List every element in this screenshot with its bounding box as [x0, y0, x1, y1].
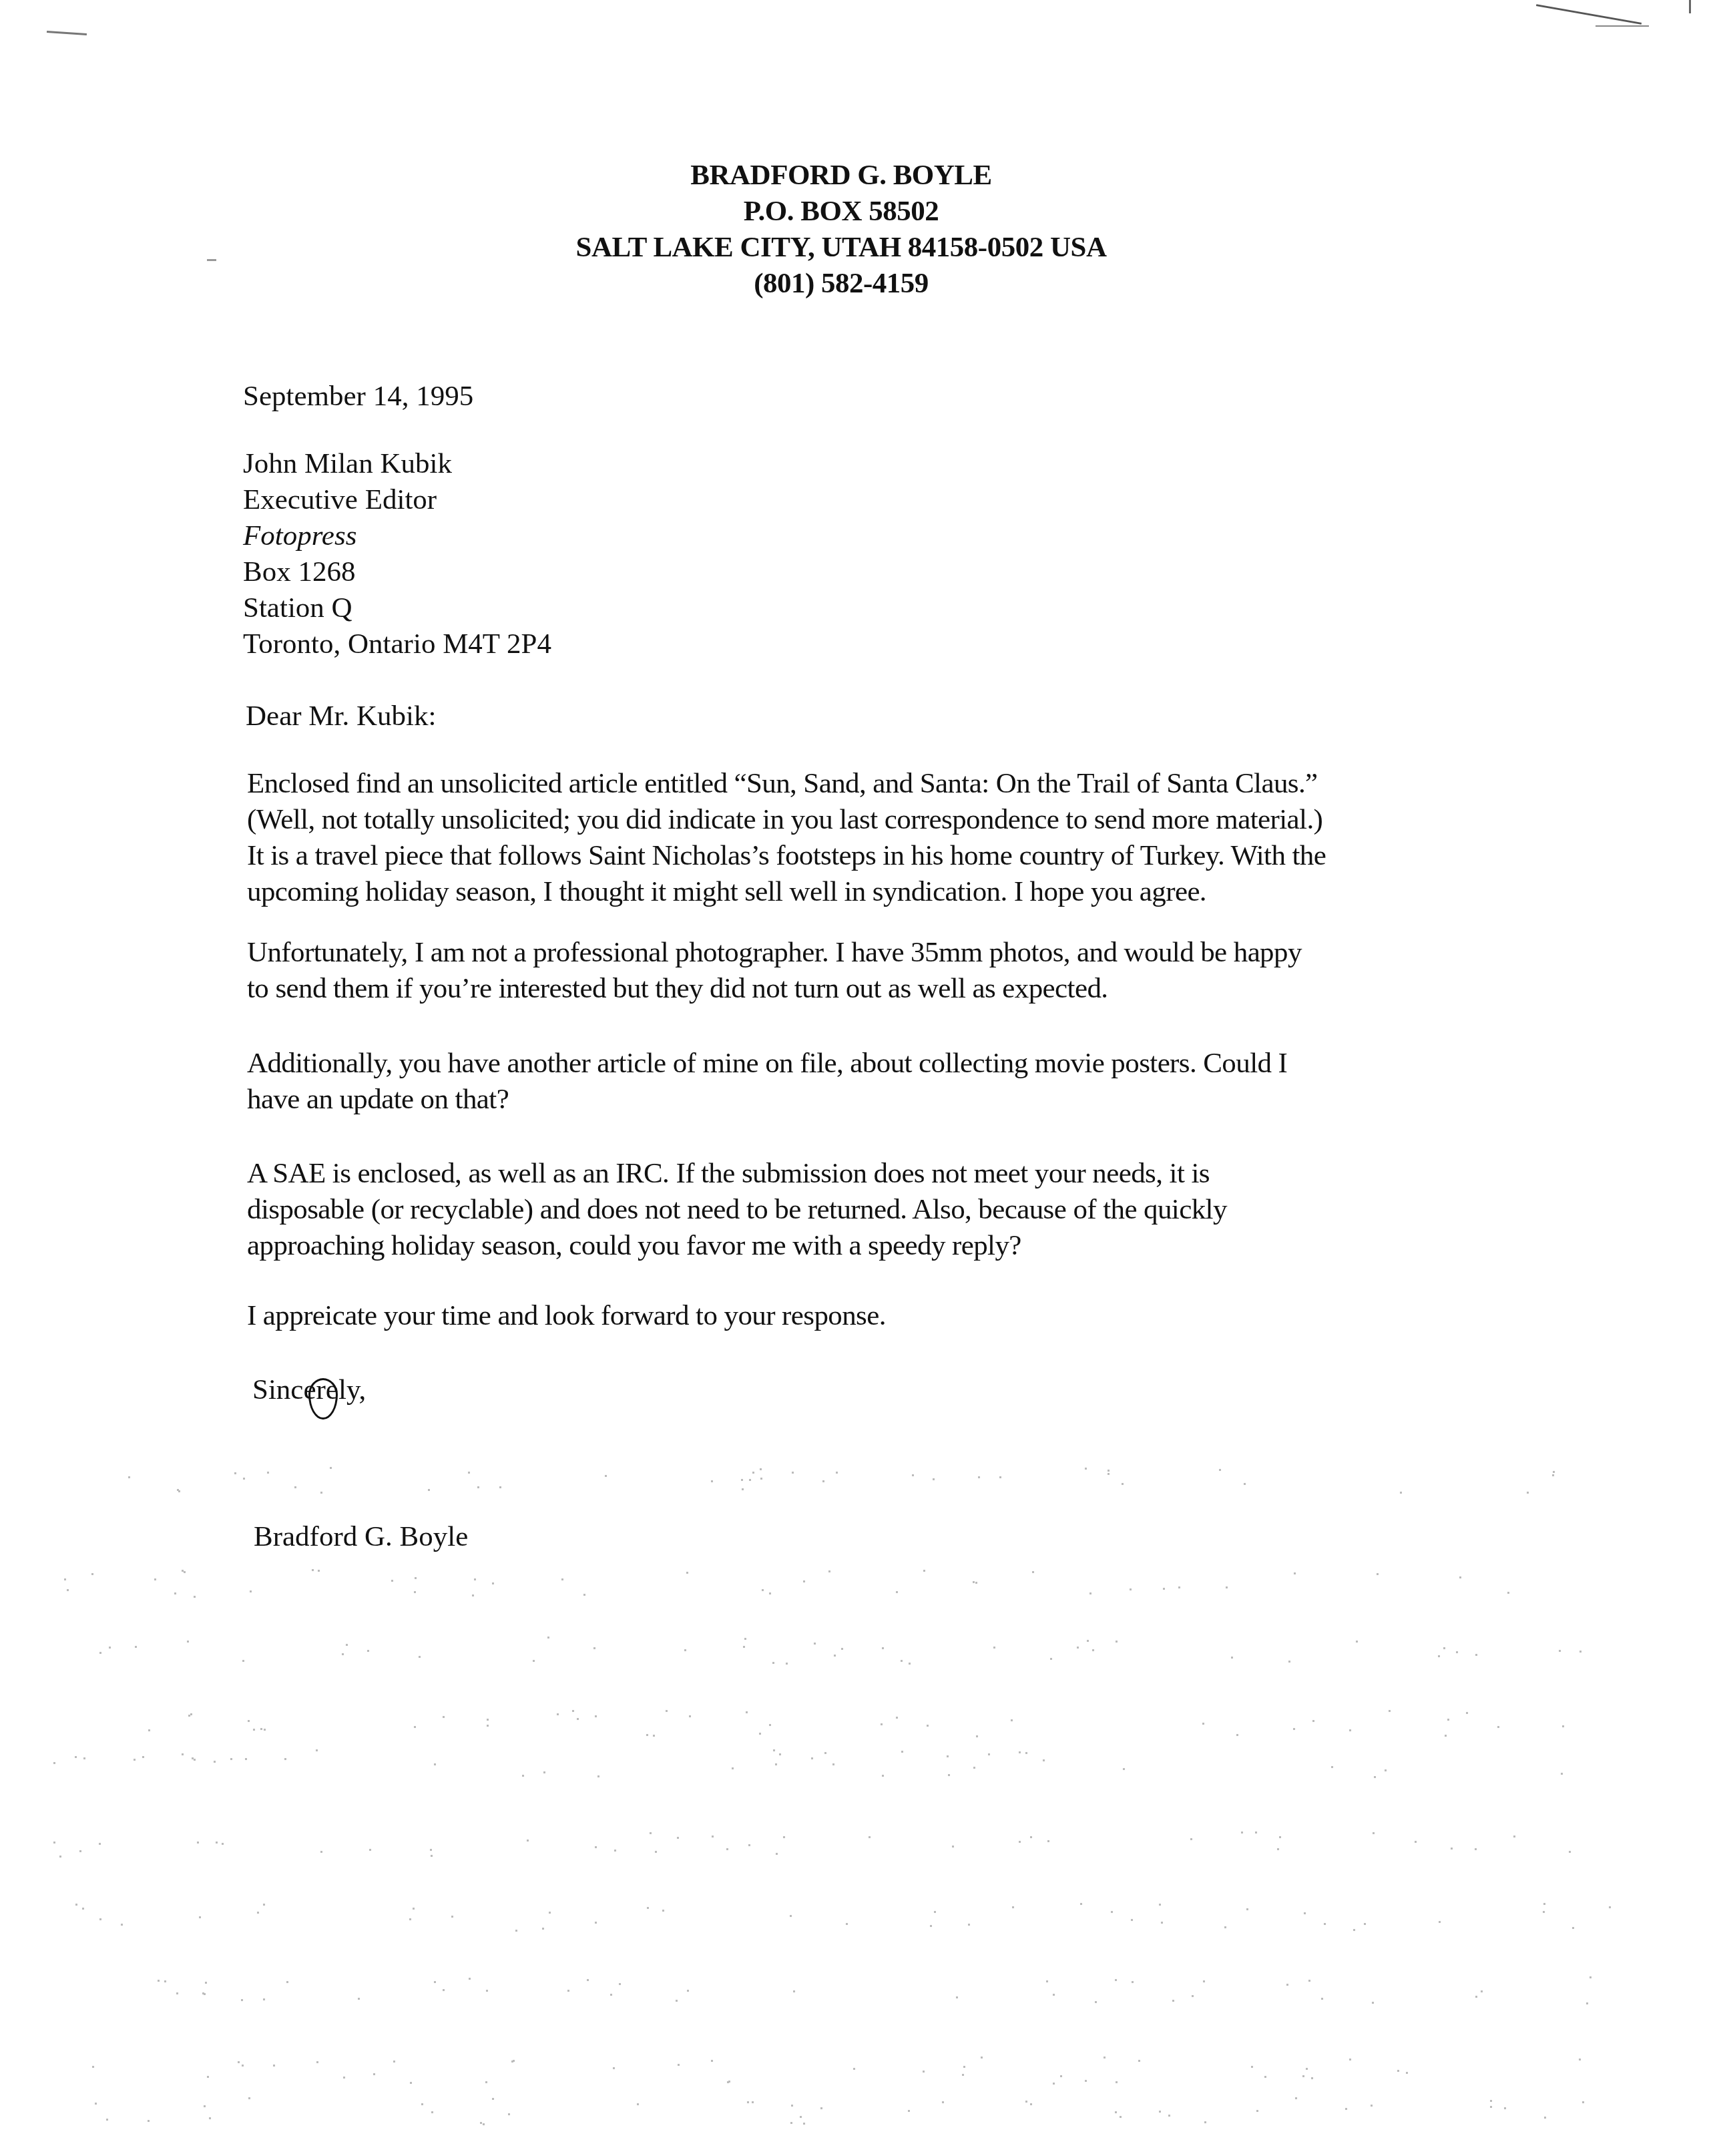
scan-speck	[428, 1489, 430, 1491]
scan-speck	[687, 1990, 689, 1992]
scan-speck	[346, 1644, 348, 1646]
scan-speck	[1224, 1926, 1226, 1928]
scan-speck	[1582, 2101, 1584, 2103]
handwritten-loop-mark	[308, 1378, 338, 1420]
scan-speck	[199, 1916, 201, 1918]
scan-speck	[1349, 2059, 1351, 2061]
scan-speck	[791, 2105, 793, 2107]
scan-speck	[483, 2123, 485, 2125]
scan-speck	[593, 1647, 595, 1649]
scan-speck	[472, 1594, 474, 1596]
scan-speck	[263, 1904, 265, 1906]
scan-speck	[1400, 1492, 1402, 1494]
scan-speck	[99, 1843, 101, 1845]
scan-speck	[803, 2123, 805, 2125]
scan-speck	[369, 1849, 371, 1851]
scan-speck	[655, 1851, 657, 1853]
scan-speck	[981, 2057, 983, 2059]
scan-speck	[1012, 1906, 1014, 1908]
scan-speck	[1019, 1841, 1021, 1843]
scan-speck	[882, 1647, 884, 1649]
scan-speck	[194, 1759, 196, 1761]
scan-speck	[595, 1715, 597, 1717]
scan-speck	[1241, 1831, 1243, 1834]
scan-speck	[409, 1918, 411, 1920]
scan-speck	[190, 1713, 192, 1715]
scan-speck	[1159, 1904, 1161, 1906]
scan-speck	[832, 1763, 834, 1765]
scan-speck	[1389, 1710, 1391, 1712]
scan-speck	[836, 1472, 838, 1474]
scan-speck	[1345, 2108, 1347, 2110]
scan-speck	[597, 1775, 599, 1777]
scan-speck	[1456, 1651, 1458, 1653]
paragraph-line: Enclosed find an unsolicited article ent…	[247, 766, 1462, 802]
scan-speck	[533, 1660, 535, 1662]
scan-speck	[712, 1836, 714, 1838]
paragraph-3: Additionally, you have another article o…	[247, 1046, 1462, 1118]
scan-speck	[82, 1908, 84, 1910]
scan-speck	[294, 1486, 296, 1488]
scan-speck	[1562, 1725, 1564, 1727]
scan-speck	[443, 1716, 445, 1718]
scan-speck	[178, 1490, 180, 1492]
scan-speck	[1172, 2000, 1174, 2002]
scan-speck	[605, 1475, 607, 1477]
scan-speck	[83, 1757, 85, 1759]
scan-speck	[194, 1596, 196, 1598]
scan-speck	[1294, 1572, 1296, 1574]
scan-speck	[1089, 1592, 1091, 1594]
scan-speck	[1377, 1573, 1379, 1575]
scan-speck	[1256, 2110, 1258, 2112]
scan-speck	[952, 1846, 954, 1848]
scan-speck	[772, 1662, 774, 1664]
scan-speck	[869, 1836, 871, 1838]
scan-speck	[686, 1572, 688, 1574]
scan-speck	[1032, 1571, 1034, 1573]
scan-speck	[1025, 1752, 1027, 1754]
scan-speck	[499, 1486, 501, 1488]
paragraph-line: (Well, not totally unsolicited; you did …	[247, 802, 1462, 838]
scan-speck	[214, 1761, 216, 1763]
scan-speck	[1192, 1995, 1194, 1997]
scan-speck	[59, 1856, 61, 1858]
scan-speck	[793, 1990, 795, 1992]
scan-speck	[176, 1992, 178, 1994]
scan-speck	[1190, 1838, 1192, 1840]
scan-speck	[1572, 1927, 1574, 1929]
scan-speck	[1120, 2116, 1122, 2118]
scan-speck	[320, 1492, 322, 1494]
scan-speck	[800, 2116, 802, 2118]
scan-speck	[1161, 1922, 1163, 1924]
scan-speck	[783, 1836, 785, 1838]
scan-speck	[1527, 1492, 1529, 1494]
scan-speck	[1513, 1836, 1515, 1838]
scan-speck	[790, 1915, 792, 1917]
scan-speck	[1553, 1471, 1555, 1473]
scan-speck	[930, 1925, 932, 1927]
scan-speck	[245, 1758, 247, 1760]
scan-speck	[419, 1656, 421, 1658]
scan-speck	[1569, 1851, 1571, 1853]
scan-speck	[1115, 1979, 1117, 1981]
scan-speck	[1030, 2103, 1032, 2105]
scan-speck	[752, 2101, 754, 2103]
scan-speck	[248, 2097, 250, 2099]
scan-speck	[1374, 1776, 1376, 1778]
scan-speck	[999, 1476, 1001, 1478]
scan-speck	[978, 1476, 980, 1478]
scan-speck	[896, 1591, 898, 1593]
scan-speck	[828, 1570, 830, 1572]
paragraph-4: A SAE is enclosed, as well as an IRC. If…	[247, 1156, 1462, 1264]
scan-speck	[776, 1853, 778, 1855]
letter-date: September 14, 1995	[243, 379, 473, 415]
scan-speck	[1231, 1657, 1233, 1659]
paragraph-2: Unfortunately, I am not a professional p…	[247, 935, 1462, 1007]
scan-speck	[547, 1637, 549, 1639]
scan-speck	[391, 1580, 393, 1582]
scan-speck	[1543, 1911, 1545, 1913]
scan-speck	[1438, 1655, 1440, 1657]
recipient-name: John Milan Kubik	[243, 446, 551, 482]
scan-speck	[431, 2111, 433, 2113]
scan-speck	[99, 1652, 101, 1654]
scan-speck	[318, 1570, 320, 1572]
scan-speck	[248, 1720, 250, 1722]
scan-speck	[1277, 1848, 1279, 1850]
scan-speck	[1047, 1840, 1049, 1842]
scan-speck	[610, 1994, 612, 1996]
scan-speck	[834, 1655, 836, 1657]
scan-speck	[1349, 1729, 1351, 1731]
scan-speck	[1108, 1470, 1110, 1472]
recipient-city-line: Toronto, Ontario M4T 2P4	[243, 626, 551, 662]
scan-speck	[841, 1648, 843, 1650]
scan-speck	[75, 1756, 77, 1758]
scan-speck	[1132, 1981, 1134, 1983]
scan-speck	[134, 1759, 136, 1761]
signer-name: Bradford G. Boyle	[254, 1519, 468, 1555]
scan-speck	[746, 1711, 748, 1713]
paragraph-line: disposable (or recyclable) and does not …	[247, 1192, 1462, 1228]
scan-speck	[619, 1983, 621, 1985]
paragraph-line: Unfortunately, I am not a professional p…	[247, 935, 1462, 971]
scan-speck	[485, 2081, 487, 2083]
recipient-publication: Fotopress	[243, 518, 551, 554]
scan-speck	[1077, 1647, 1079, 1649]
scan-speck	[92, 2066, 94, 2068]
scan-artifact-right-edge	[1689, 0, 1691, 13]
scan-speck	[487, 1725, 489, 1727]
scan-speck	[106, 2119, 108, 2121]
scan-speck	[973, 1581, 975, 1583]
scan-speck	[75, 1904, 77, 1906]
scan-speck	[1439, 1921, 1441, 1923]
scan-speck	[968, 1924, 970, 1926]
scan-speck	[1304, 1912, 1306, 1914]
scan-speck	[1397, 2070, 1399, 2072]
scan-speck	[451, 1916, 453, 1918]
scan-speck	[1246, 1908, 1248, 1910]
scan-speck	[543, 1771, 545, 1773]
scan-speck	[1286, 1984, 1288, 1986]
scan-speck	[1060, 2075, 1062, 2077]
scan-speck	[901, 1751, 903, 1753]
scan-speck	[330, 1467, 332, 1469]
scan-speck	[1226, 1586, 1228, 1588]
scan-speck	[1497, 1726, 1499, 1728]
scan-speck	[109, 1647, 111, 1649]
scan-speck	[95, 2103, 97, 2105]
scan-speck	[53, 1762, 55, 1764]
scan-speck	[238, 2061, 240, 2063]
scan-speck	[511, 2061, 513, 2063]
scan-speck	[1552, 1474, 1554, 1476]
paragraph-line: upcoming holiday season, I thought it mi…	[247, 874, 1462, 910]
scan-speck	[820, 2107, 822, 2109]
scan-speck	[241, 1999, 243, 2001]
scan-speck	[742, 1488, 744, 1490]
scan-speck	[1116, 2081, 1118, 2083]
scan-speck	[587, 1979, 589, 1981]
scan-speck	[413, 1908, 415, 1910]
scan-speck	[410, 2082, 412, 2084]
paragraph-line: approaching holiday season, could you fa…	[247, 1228, 1462, 1264]
scan-speck	[204, 1993, 206, 1995]
scan-speck	[431, 1855, 433, 1857]
scan-speck	[962, 2074, 964, 2076]
scan-speck	[64, 1578, 66, 1580]
scan-speck	[1108, 1473, 1110, 1475]
recipient-box: Box 1268	[243, 554, 551, 590]
scan-speck	[267, 1472, 269, 1474]
scan-speck	[557, 1713, 559, 1715]
scan-speck	[128, 1476, 130, 1478]
scan-speck	[1308, 1980, 1310, 1982]
scan-speck	[1115, 2111, 1117, 2113]
scan-speck	[434, 1763, 436, 1765]
scan-speck	[1475, 1848, 1477, 1850]
scan-artifact-top-left	[47, 31, 87, 35]
scan-speck	[653, 1735, 655, 1737]
scan-speck	[414, 1726, 416, 1728]
scan-speck	[1609, 1906, 1611, 1908]
scan-speck	[727, 2081, 729, 2083]
scan-speck	[99, 1918, 101, 1920]
scan-speck	[1131, 1919, 1133, 1921]
scan-speck	[572, 1710, 574, 1712]
scan-speck	[1116, 1641, 1118, 1643]
paragraph-5: I appreicate your time and look forward …	[247, 1298, 1462, 1334]
scan-speck	[650, 1832, 652, 1834]
scan-speck	[148, 2120, 150, 2122]
scan-speck	[260, 1728, 262, 1730]
scan-speck	[1130, 1588, 1132, 1590]
scan-speck	[824, 1752, 826, 1754]
scan-speck	[1356, 1641, 1358, 1643]
scan-speck	[1561, 1773, 1563, 1775]
scan-speck	[1447, 1719, 1449, 1721]
scan-speck	[430, 1849, 432, 1851]
scan-speck	[1544, 2117, 1546, 2119]
scan-speck	[1451, 1848, 1453, 1850]
scan-speck	[477, 1486, 479, 1488]
scan-speck	[1030, 1836, 1032, 1838]
scan-speck	[1244, 1483, 1246, 1485]
scan-speck	[595, 1846, 597, 1848]
scan-speck	[1353, 1929, 1355, 1931]
scan-speck	[676, 2000, 678, 2002]
scan-speck	[312, 1569, 314, 1571]
scan-speck	[373, 2073, 375, 2075]
scan-speck	[154, 1578, 156, 1580]
scan-speck	[948, 1774, 950, 1776]
scan-speck	[264, 1729, 266, 1731]
scan-speck	[522, 1775, 524, 1777]
scan-speck	[811, 1757, 813, 1759]
scan-speck	[164, 1980, 166, 1982]
sender-name: BRADFORD G. BOYLE	[0, 158, 1682, 194]
scan-speck	[881, 1723, 883, 1725]
scan-speck	[1053, 2083, 1055, 2085]
scan-speck	[666, 1710, 668, 1712]
scan-speck	[443, 1989, 445, 1991]
paragraph-line: I appreicate your time and look forward …	[247, 1298, 1462, 1334]
scan-speck	[732, 1767, 734, 1769]
recipient-address: John Milan Kubik Executive Editor Fotopr…	[243, 446, 551, 662]
scan-speck	[1050, 1658, 1052, 1660]
scan-speck	[748, 1844, 750, 1846]
scan-speck	[956, 1996, 958, 1998]
scan-speck	[209, 2117, 211, 2119]
scan-speck	[1507, 1592, 1509, 1594]
scan-speck	[508, 2113, 510, 2115]
scan-speck	[1406, 2072, 1408, 2074]
paragraph-line: It is a travel piece that follows Saint …	[247, 838, 1462, 874]
scan-speck	[1302, 2075, 1304, 2077]
scan-speck	[1085, 2080, 1087, 2082]
scan-speck	[1178, 1586, 1180, 1588]
scan-speck	[1371, 2105, 1373, 2107]
scan-speck	[1046, 1980, 1048, 1982]
scan-speck	[744, 1638, 746, 1640]
scan-speck	[184, 1571, 186, 1573]
scan-speck	[393, 2061, 395, 2063]
scan-speck	[1255, 1831, 1257, 1834]
scan-speck	[1163, 1588, 1165, 1590]
scan-speck	[993, 1647, 995, 1649]
scan-speck	[1324, 1923, 1326, 1925]
scan-speck	[421, 2103, 423, 2105]
scan-speck	[1092, 1649, 1094, 1651]
scan-speck	[947, 1755, 949, 1757]
paragraph-line: Additionally, you have another article o…	[247, 1046, 1462, 1082]
scan-speck	[515, 1930, 517, 1932]
scan-speck	[908, 2110, 910, 2112]
scan-speck	[142, 1756, 144, 1758]
scan-speck	[1586, 2002, 1588, 2004]
scan-speck	[1490, 2100, 1492, 2102]
scan-speck	[1331, 1766, 1333, 1768]
scan-speck	[773, 1749, 775, 1751]
scan-speck	[367, 1650, 369, 1652]
scan-speck	[187, 1641, 189, 1643]
scan-speck	[1579, 2059, 1581, 2061]
scan-speck	[1138, 2060, 1140, 2062]
scan-speck	[749, 1479, 751, 1481]
scan-speck	[1373, 1832, 1375, 1834]
scan-speck	[1203, 1980, 1205, 1982]
scan-speck	[216, 1842, 218, 1844]
salutation: Dear Mr. Kubik:	[246, 698, 436, 734]
scan-speck	[207, 2076, 209, 2078]
scan-speck	[1204, 2121, 1206, 2123]
scan-speck	[741, 1479, 743, 1481]
scan-speck	[273, 2065, 275, 2067]
scan-speck	[1590, 1976, 1592, 1978]
scan-speck	[148, 1729, 150, 1731]
scan-speck	[1443, 1647, 1445, 1649]
scan-speck	[135, 1646, 137, 1648]
scan-speck	[1111, 1911, 1113, 1913]
scan-speck	[1053, 1994, 1055, 1996]
scan-speck	[942, 2101, 944, 2103]
paragraph-line: have an update on that?	[247, 1082, 1462, 1118]
scan-speck	[1415, 1841, 1417, 1843]
scan-speck	[1168, 2115, 1170, 2117]
scan-speck	[567, 1990, 569, 1992]
scan-speck	[549, 1912, 551, 1914]
scan-speck	[1011, 1719, 1013, 1721]
scan-speck	[846, 1923, 848, 1925]
scan-speck	[988, 1753, 990, 1755]
scan-speck	[1202, 1723, 1204, 1725]
scan-speck	[158, 1980, 160, 1982]
scan-speck	[975, 1582, 977, 1584]
scan-speck	[527, 1840, 529, 1842]
scan-speck	[1043, 1759, 1045, 1761]
scan-speck	[492, 2098, 494, 2100]
scan-speck	[647, 1907, 649, 1909]
scan-speck	[613, 2067, 615, 2069]
scan-speck	[646, 1734, 648, 1736]
scan-speck	[222, 1843, 224, 1845]
scan-speck	[752, 1472, 754, 1474]
scan-speck	[1364, 1923, 1366, 1925]
scan-speck	[284, 1758, 286, 1760]
scan-speck	[234, 1472, 236, 1474]
scan-speck	[342, 1653, 344, 1655]
scan-speck	[882, 1775, 884, 1777]
scan-speck	[769, 1724, 771, 1726]
scan-speck	[561, 1578, 563, 1580]
scan-speck	[204, 2105, 206, 2107]
scan-speck	[1504, 2107, 1506, 2109]
scan-speck	[853, 2068, 855, 2070]
scan-speck	[912, 1474, 914, 1476]
scan-speck	[743, 1646, 745, 1648]
scan-speck	[760, 1468, 762, 1470]
scan-speck	[711, 2060, 713, 2062]
scan-speck	[316, 2061, 318, 2063]
recipient-station: Station Q	[243, 590, 551, 626]
scan-speck	[250, 1590, 252, 1592]
scan-speck	[1123, 1768, 1125, 1770]
scan-speck	[1293, 1728, 1295, 1730]
